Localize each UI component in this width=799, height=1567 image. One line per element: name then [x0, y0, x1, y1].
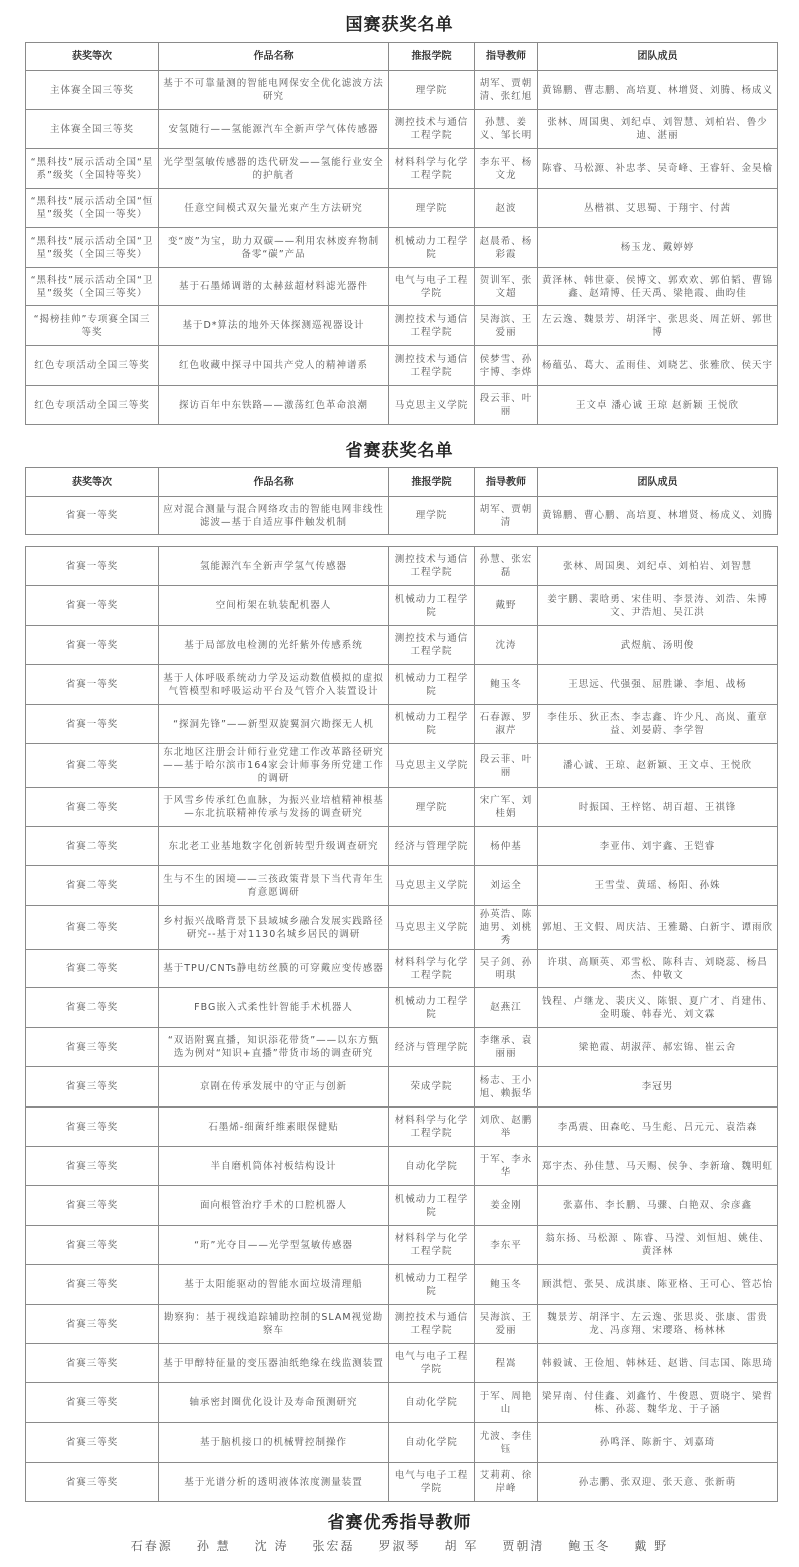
project-name-cell: 勘察狗：基于视线追踪辅助控制的SLAM视觉勘察车 [159, 1305, 389, 1344]
table-row: 省赛二等奖基于TPU/CNTs静电纺丝膜的可穿戴应变传感器材料科学与化学工程学院… [26, 950, 778, 988]
table-row: 省赛一等奖“探洞先锋”——新型双旋翼洞穴勘探无人机机械动力工程学院石春源、罗淑芹… [26, 705, 778, 744]
table-row: 省赛三等奖面向根管治疗手术的口腔机器人机械动力工程学院姜金刚张嘉伟、李长鹏、马骤… [26, 1186, 778, 1226]
excellent-teachers-list: 石春源孙 慧沈 涛张宏磊罗淑琴胡 军贾朝清鲍玉冬戴 野 [0, 1537, 799, 1554]
project-name-cell: 京剧在传承发展中的守正与创新 [159, 1067, 389, 1107]
college-cell: 经济与管理学院 [389, 827, 475, 866]
project-name-cell: 基于人体呼吸系统动力学及运动数值模拟的虚拟气管模型和呼吸运动平台及气管介入装置设… [159, 665, 389, 705]
college-cell: 测控技术与通信工程学院 [389, 306, 475, 346]
college-cell: 荣成学院 [389, 1067, 475, 1107]
team-members-cell: 韩毅诚、王俭旭、韩林廷、赵谐、闫志国、陈思琦 [538, 1344, 778, 1383]
column-header: 获奖等次 [26, 43, 159, 71]
team-members-cell: 李亚伟、刘宇鑫、王铠睿 [538, 827, 778, 866]
column-header: 作品名称 [159, 43, 389, 71]
advisor-cell: 段云菲、叶丽 [475, 744, 538, 788]
column-header: 指导教师 [475, 468, 538, 497]
team-members-cell: 姜宇鹏、裴晗勇、宋佳明、李景涛、刘浩、朱博文、尹浩旭、吴江洪 [538, 586, 778, 626]
table-row: “黑科技”展示活动全国“卫星”级奖（全国三等奖）变“废”为宝，助力双碳——利用农… [26, 228, 778, 268]
team-members-cell: 张林、周国奥、刘纪卓、刘柏岩、刘智慧 [538, 547, 778, 586]
column-header: 团队成员 [538, 43, 778, 71]
team-members-cell: 陈睿、马松源、补忠孝、吴奇峰、王睿轩、金昊榆 [538, 149, 778, 189]
college-cell: 测控技术与通信工程学院 [389, 110, 475, 149]
team-members-cell: 翁东扬、马松源 、陈睿、马滢、刘恒旭、姚佳、黄泽林 [538, 1226, 778, 1265]
project-name-cell: 面向根管治疗手术的口腔机器人 [159, 1186, 389, 1226]
teacher-name: 石春源 [131, 1537, 173, 1554]
project-name-cell: 变“废”为宝，助力双碳——利用农林废弃物制备零“碳”产品 [159, 228, 389, 268]
teacher-name: 戴 野 [634, 1537, 668, 1554]
team-members-cell: 魏景芳、胡泽宇、左云逸、张思炎、张康、雷贵龙、冯彦翔、宋璎珞、杨林林 [538, 1305, 778, 1344]
award-level-cell: 红色专项活动全国三等奖 [26, 346, 159, 386]
college-cell: 机械动力工程学院 [389, 586, 475, 626]
table-row: “黑科技”展示活动全国“恒星”级奖（全国一等奖）任意空间模式双矢量光束产生方法研… [26, 189, 778, 228]
award-level-cell: 省赛二等奖 [26, 827, 159, 866]
award-level-cell: 主体赛全国三等奖 [26, 71, 159, 110]
table-row: 省赛三等奖京剧在传承发展中的守正与创新荣成学院杨志、王小旭、赖振华李冠男 [26, 1067, 778, 1107]
advisor-cell: 李东平 [475, 1226, 538, 1265]
table-row: 省赛二等奖于风雪乡传承红色血脉，为振兴业培植精神根基—东北抗联精神传承与发扬的调… [26, 788, 778, 827]
project-name-cell: 基于不可靠量测的智能电网保安全优化滤波方法研究 [159, 71, 389, 110]
advisor-cell: 鲍玉冬 [475, 665, 538, 705]
team-members-cell: 杨蕴弘、葛大、孟雨佳、刘晓艺、张雅欣、侯天宇 [538, 346, 778, 386]
team-members-cell: 顾淇恺、张昊、成淇康、陈亚格、王可心、管芯怡 [538, 1265, 778, 1305]
team-members-cell: 梁昇南、付佳鑫、刘鑫竹、牛俊恩、贾晓宇、梁哲栋、孙蕊、魏华龙、于子涵 [538, 1383, 778, 1423]
advisor-cell: 姜金刚 [475, 1186, 538, 1226]
college-cell: 机械动力工程学院 [389, 228, 475, 268]
advisor-cell: 刘欣、赵鹏举 [475, 1108, 538, 1147]
advisor-cell: 赵波 [475, 189, 538, 228]
table-row: 省赛三等奖基于甲醇特征量的变压器油纸绝缘在线监测装置电气与电子工程学院程嵩韩毅诚… [26, 1344, 778, 1383]
team-members-cell: 黄锦鹏、曹心鹏、高培夏、林增贤、杨成义、刘腾 [538, 497, 778, 535]
project-name-cell: 基于D*算法的地外天体探测巡视器设计 [159, 306, 389, 346]
table-row: 省赛三等奖基于太阳能驱动的智能水面垃圾清理船机械动力工程学院鲍玉冬顾淇恺、张昊、… [26, 1265, 778, 1305]
college-cell: 理学院 [389, 497, 475, 535]
college-cell: 材料科学与化学工程学院 [389, 1226, 475, 1265]
team-members-cell: 黄锦鹏、曹志鹏、高培夏、林增贤、刘腾、杨成义 [538, 71, 778, 110]
project-name-cell: “探洞先锋”——新型双旋翼洞穴勘探无人机 [159, 705, 389, 744]
advisor-cell: 艾莉莉、徐岸峰 [475, 1463, 538, 1502]
advisor-cell: 侯梦雪、孙宇博、李烨 [475, 346, 538, 386]
advisor-cell: 段云菲、叶丽 [475, 386, 538, 425]
award-level-cell: 省赛三等奖 [26, 1383, 159, 1423]
college-cell: 电气与电子工程学院 [389, 268, 475, 306]
advisor-cell: 赵晨希、杨彩霞 [475, 228, 538, 268]
advisor-cell: 尤波、李佳钰 [475, 1423, 538, 1463]
college-cell: 自动化学院 [389, 1423, 475, 1463]
award-level-cell: 省赛三等奖 [26, 1186, 159, 1226]
table-header-row: 获奖等次作品名称推报学院指导教师团队成员 [26, 43, 778, 71]
column-header: 指导教师 [475, 43, 538, 71]
teacher-name: 孙 慧 [197, 1537, 231, 1554]
advisor-cell: 胡军、贾朝清、张红旭 [475, 71, 538, 110]
table-row: 省赛二等奖乡村振兴战略背景下县域城乡融合发展实践路径研究--基于对1130名城乡… [26, 906, 778, 950]
advisor-cell: 吴子剑、孙明琪 [475, 950, 538, 988]
project-name-cell: 基于石墨烯调谐的太赫兹超材料滤光器件 [159, 268, 389, 306]
team-members-cell: 张林、周国奥、刘纪卓、刘智慧、刘柏岩、鲁少迪、湛丽 [538, 110, 778, 149]
table-row: 省赛三等奖轴承密封圈优化设计及寿命预测研究自动化学院于军、周艳山梁昇南、付佳鑫、… [26, 1383, 778, 1423]
award-level-cell: 省赛三等奖 [26, 1305, 159, 1344]
college-cell: 机械动力工程学院 [389, 705, 475, 744]
project-name-cell: 基于太阳能驱动的智能水面垃圾清理船 [159, 1265, 389, 1305]
advisor-cell: 杨仲基 [475, 827, 538, 866]
college-cell: 机械动力工程学院 [389, 988, 475, 1028]
project-name-cell: 基于局部放电检测的光纤紫外传感系统 [159, 626, 389, 665]
table-row: 省赛三等奖基于脑机接口的机械臂控制操作自动化学院尤波、李佳钰孙鸣泽、陈新宇、刘嘉… [26, 1423, 778, 1463]
project-name-cell: “珩”光夺目——光学型氢敏传感器 [159, 1226, 389, 1265]
team-members-cell: 郑宇杰、孙佳慧、马天赐、侯争、李新瑜、魏明虹 [538, 1147, 778, 1186]
provincial-awards-table-1: 获奖等次作品名称推报学院指导教师团队成员省赛一等奖应对混合测量与混合网络攻击的智… [25, 467, 778, 535]
teacher-name: 罗淑琴 [378, 1537, 420, 1554]
teacher-name: 沈 涛 [255, 1537, 289, 1554]
project-name-cell: 基于甲醇特征量的变压器油纸绝缘在线监测装置 [159, 1344, 389, 1383]
award-level-cell: 省赛一等奖 [26, 626, 159, 665]
award-level-cell: 省赛二等奖 [26, 866, 159, 906]
table-row: 省赛二等奖FBG嵌入式柔性针智能手术机器人机械动力工程学院赵燕江钱程、卢继龙、裴… [26, 988, 778, 1028]
table-row: “黑科技”展示活动全国“卫星”级奖（全国三等奖）基于石墨烯调谐的太赫兹超材料滤光… [26, 268, 778, 306]
award-level-cell: 省赛一等奖 [26, 547, 159, 586]
award-level-cell: 省赛三等奖 [26, 1226, 159, 1265]
table-row: 红色专项活动全国三等奖红色收藏中探寻中国共产党人的精神谱系测控技术与通信工程学院… [26, 346, 778, 386]
advisor-cell: 于军、李永华 [475, 1147, 538, 1186]
team-members-cell: 潘心诚、王琼、赵新颖、王文卓、王悦欣 [538, 744, 778, 788]
college-cell: 机械动力工程学院 [389, 1186, 475, 1226]
award-level-cell: 红色专项活动全国三等奖 [26, 386, 159, 425]
table-row: 省赛一等奖基于人体呼吸系统动力学及运动数值模拟的虚拟气管模型和呼吸运动平台及气管… [26, 665, 778, 705]
award-level-cell: 省赛二等奖 [26, 988, 159, 1028]
college-cell: 材料科学与化学工程学院 [389, 149, 475, 189]
advisor-cell: 李继承、袁丽丽 [475, 1028, 538, 1067]
team-members-cell: 孙鸣泽、陈新宇、刘嘉琦 [538, 1423, 778, 1463]
provincial-awards-table-3: 省赛三等奖石墨烯-细菌纤维素眼保健贴材料科学与化学工程学院刘欣、赵鹏举李禹震、田… [25, 1107, 778, 1502]
provincial-awards-table-2: 省赛一等奖氢能源汽车全新声学氢气传感器测控技术与通信工程学院孙慧、张宏磊张林、周… [25, 546, 778, 1107]
national-awards-table: 获奖等次作品名称推报学院指导教师团队成员主体赛全国三等奖基于不可靠量测的智能电网… [25, 42, 778, 425]
project-name-cell: 氢能源汽车全新声学氢气传感器 [159, 547, 389, 586]
table-row: 省赛三等奖基于光谱分析的透明液体浓度测量装置电气与电子工程学院艾莉莉、徐岸峰孙志… [26, 1463, 778, 1502]
advisor-cell: 吴海滨、王爱丽 [475, 306, 538, 346]
table-row: 红色专项活动全国三等奖探访百年中东铁路——激荡红色革命浪潮马克思主义学院段云菲、… [26, 386, 778, 425]
award-level-cell: “黑科技”展示活动全国“卫星”级奖（全国三等奖） [26, 228, 159, 268]
teacher-name: 张宏磊 [312, 1537, 354, 1554]
table-row: 省赛二等奖生与不生的困境——三孩政策背景下当代青年生育意愿调研马克思主义学院刘运… [26, 866, 778, 906]
project-name-cell: 生与不生的困境——三孩政策背景下当代青年生育意愿调研 [159, 866, 389, 906]
column-header: 推报学院 [389, 468, 475, 497]
table-row: 主体赛全国三等奖基于不可靠量测的智能电网保安全优化滤波方法研究理学院胡军、贾朝清… [26, 71, 778, 110]
team-members-cell: 王思远、代强强、屈胜谦、李旭、战杨 [538, 665, 778, 705]
column-header: 作品名称 [159, 468, 389, 497]
college-cell: 材料科学与化学工程学院 [389, 1108, 475, 1147]
column-header: 推报学院 [389, 43, 475, 71]
team-members-cell: 黄泽林、韩世豪、侯博文、郭欢欢、郭伯韬、曹锦鑫、赵靖博、任天禹、梁艳霞、曲昀佳 [538, 268, 778, 306]
team-members-cell: 武煜航、汤明俊 [538, 626, 778, 665]
college-cell: 理学院 [389, 788, 475, 827]
project-name-cell: 基于脑机接口的机械臂控制操作 [159, 1423, 389, 1463]
column-header: 团队成员 [538, 468, 778, 497]
advisor-cell: 吴海滨、王爱丽 [475, 1305, 538, 1344]
team-members-cell: 杨玉龙、戴婷婷 [538, 228, 778, 268]
award-level-cell: 省赛二等奖 [26, 788, 159, 827]
award-level-cell: “揭榜挂帅”专项赛全国三等奖 [26, 306, 159, 346]
college-cell: 马克思主义学院 [389, 386, 475, 425]
table-row: 省赛一等奖基于局部放电检测的光纤紫外传感系统测控技术与通信工程学院沈涛武煜航、汤… [26, 626, 778, 665]
table-row: 省赛三等奖石墨烯-细菌纤维素眼保健贴材料科学与化学工程学院刘欣、赵鹏举李禹震、田… [26, 1108, 778, 1147]
teacher-name: 胡 军 [445, 1537, 479, 1554]
advisor-cell: 刘运全 [475, 866, 538, 906]
team-members-cell: 丛楷祺、艾思蜀、于翔宇、付茜 [538, 189, 778, 228]
award-level-cell: 省赛一等奖 [26, 705, 159, 744]
advisor-cell: 胡军、贾朝清 [475, 497, 538, 535]
project-name-cell: 红色收藏中探寻中国共产党人的精神谱系 [159, 346, 389, 386]
excellent-teachers-title: 省赛优秀指导教师 [0, 1508, 799, 1533]
project-name-cell: 基于光谱分析的透明液体浓度测量装置 [159, 1463, 389, 1502]
college-cell: 马克思主义学院 [389, 866, 475, 906]
project-name-cell: 基于TPU/CNTs静电纺丝膜的可穿戴应变传感器 [159, 950, 389, 988]
provincial-awards-title: 省赛获奖名单 [0, 436, 799, 461]
college-cell: 电气与电子工程学院 [389, 1463, 475, 1502]
national-awards-title: 国赛获奖名单 [0, 10, 799, 35]
award-level-cell: 省赛三等奖 [26, 1423, 159, 1463]
college-cell: 自动化学院 [389, 1383, 475, 1423]
team-members-cell: 梁艳霞、胡淑萍、郝宏锦、崔云舍 [538, 1028, 778, 1067]
team-members-cell: 张嘉伟、李长鹏、马骤、白艳双、余彦鑫 [538, 1186, 778, 1226]
award-level-cell: 省赛一等奖 [26, 586, 159, 626]
teacher-name: 贾朝清 [502, 1537, 544, 1554]
award-level-cell: “黑科技”展示活动全国“恒星”级奖（全国一等奖） [26, 189, 159, 228]
college-cell: 马克思主义学院 [389, 744, 475, 788]
advisor-cell: 戴野 [475, 586, 538, 626]
project-name-cell: 于风雪乡传承红色血脉，为振兴业培植精神根基—东北抗联精神传承与发扬的调查研究 [159, 788, 389, 827]
column-header: 获奖等次 [26, 468, 159, 497]
award-level-cell: 省赛二等奖 [26, 744, 159, 788]
project-name-cell: 应对混合测量与混合网络攻击的智能电网非线性滤波—基于自适应事件触发机制 [159, 497, 389, 535]
team-members-cell: 李冠男 [538, 1067, 778, 1107]
team-members-cell: 时振国、王梓铭、胡百超、王祺锋 [538, 788, 778, 827]
team-members-cell: 钱程、卢继龙、裴庆义、陈银、夏广才、肖建伟、金明璇、韩春光、刘文霖 [538, 988, 778, 1028]
table-row: 省赛三等奖“双语附翼直播，知识添花带货”——以东方甄选为例对“知识+直播”带货市… [26, 1028, 778, 1067]
college-cell: 理学院 [389, 189, 475, 228]
project-name-cell: 探访百年中东铁路——激荡红色革命浪潮 [159, 386, 389, 425]
award-level-cell: 省赛三等奖 [26, 1028, 159, 1067]
college-cell: 测控技术与通信工程学院 [389, 1305, 475, 1344]
award-level-cell: 省赛一等奖 [26, 497, 159, 535]
advisor-cell: 石春源、罗淑芹 [475, 705, 538, 744]
college-cell: 自动化学院 [389, 1147, 475, 1186]
advisor-cell: 孙慧、张宏磊 [475, 547, 538, 586]
award-level-cell: 省赛三等奖 [26, 1067, 159, 1107]
team-members-cell: 李佳乐、狄正杰、李志鑫、许少凡、高岚、董章益、刘晏蔚、李学智 [538, 705, 778, 744]
project-name-cell: 乡村振兴战略背景下县域城乡融合发展实践路径研究--基于对1130名城乡居民的调研 [159, 906, 389, 950]
award-level-cell: 省赛三等奖 [26, 1147, 159, 1186]
table-row: 省赛一等奖应对混合测量与混合网络攻击的智能电网非线性滤波—基于自适应事件触发机制… [26, 497, 778, 535]
team-members-cell: 许琪、高顺英、邓雪松、陈科吉、刘晓蕊、杨昌杰、仲敬文 [538, 950, 778, 988]
team-members-cell: 王文卓 潘心诚 王琼 赵新颖 王悦欣 [538, 386, 778, 425]
advisor-cell: 宋广军、刘桂娟 [475, 788, 538, 827]
table-row: “黑科技”展示活动全国“星系”级奖（全国特等奖）光学型氢敏传感器的迭代研发——氢… [26, 149, 778, 189]
advisor-cell: 贺训军、张文超 [475, 268, 538, 306]
advisor-cell: 李东平、杨文龙 [475, 149, 538, 189]
project-name-cell: 光学型氢敏传感器的迭代研发——氢能行业安全的护航者 [159, 149, 389, 189]
college-cell: 测控技术与通信工程学院 [389, 626, 475, 665]
award-level-cell: 省赛三等奖 [26, 1463, 159, 1502]
project-name-cell: 安氢随行——氢能源汽车全新声学气体传感器 [159, 110, 389, 149]
table-row: 省赛三等奖勘察狗：基于视线追踪辅助控制的SLAM视觉勘察车测控技术与通信工程学院… [26, 1305, 778, 1344]
table-header-row: 获奖等次作品名称推报学院指导教师团队成员 [26, 468, 778, 497]
college-cell: 机械动力工程学院 [389, 1265, 475, 1305]
project-name-cell: 东北老工业基地数字化创新转型升级调查研究 [159, 827, 389, 866]
college-cell: 经济与管理学院 [389, 1028, 475, 1067]
advisor-cell: 杨志、王小旭、赖振华 [475, 1067, 538, 1107]
award-level-cell: 省赛三等奖 [26, 1108, 159, 1147]
college-cell: 机械动力工程学院 [389, 665, 475, 705]
advisor-cell: 孙英浩、陈迪男、刘桃秀 [475, 906, 538, 950]
project-name-cell: 任意空间模式双矢量光束产生方法研究 [159, 189, 389, 228]
award-level-cell: 省赛三等奖 [26, 1344, 159, 1383]
advisor-cell: 赵燕江 [475, 988, 538, 1028]
table-row: 省赛一等奖氢能源汽车全新声学氢气传感器测控技术与通信工程学院孙慧、张宏磊张林、周… [26, 547, 778, 586]
advisor-cell: 鲍玉冬 [475, 1265, 538, 1305]
project-name-cell: FBG嵌入式柔性针智能手术机器人 [159, 988, 389, 1028]
award-level-cell: 主体赛全国三等奖 [26, 110, 159, 149]
award-level-cell: 省赛三等奖 [26, 1265, 159, 1305]
project-name-cell: 石墨烯-细菌纤维素眼保健贴 [159, 1108, 389, 1147]
college-cell: 测控技术与通信工程学院 [389, 547, 475, 586]
table-row: 省赛一等奖空间桁架在轨装配机器人机械动力工程学院戴野姜宇鹏、裴晗勇、宋佳明、李景… [26, 586, 778, 626]
team-members-cell: 左云逸、魏景芳、胡泽宇、张思炎、周芷妍、郭世博 [538, 306, 778, 346]
project-name-cell: 半自磨机筒体衬板结构设计 [159, 1147, 389, 1186]
advisor-cell: 程嵩 [475, 1344, 538, 1383]
project-name-cell: 轴承密封圈优化设计及寿命预测研究 [159, 1383, 389, 1423]
college-cell: 理学院 [389, 71, 475, 110]
college-cell: 电气与电子工程学院 [389, 1344, 475, 1383]
college-cell: 材料科学与化学工程学院 [389, 950, 475, 988]
table-row: 省赛二等奖东北地区注册会计师行业党建工作改革路径研究——基于哈尔滨市164家会计… [26, 744, 778, 788]
team-members-cell: 王雪莹、黄瑶、杨阳、孙姝 [538, 866, 778, 906]
award-level-cell: 省赛二等奖 [26, 950, 159, 988]
project-name-cell: 空间桁架在轨装配机器人 [159, 586, 389, 626]
table-row: “揭榜挂帅”专项赛全国三等奖基于D*算法的地外天体探测巡视器设计测控技术与通信工… [26, 306, 778, 346]
project-name-cell: 东北地区注册会计师行业党建工作改革路径研究——基于哈尔滨市164家会计师事务所党… [159, 744, 389, 788]
table-row: 省赛三等奖半自磨机筒体衬板结构设计自动化学院于军、李永华郑宇杰、孙佳慧、马天赐、… [26, 1147, 778, 1186]
advisor-cell: 孙慧、姜义、邹长明 [475, 110, 538, 149]
team-members-cell: 郭旭、王文假、周庆洁、王雅璐、白新宇、谭雨欣 [538, 906, 778, 950]
college-cell: 测控技术与通信工程学院 [389, 346, 475, 386]
advisor-cell: 沈涛 [475, 626, 538, 665]
award-level-cell: 省赛二等奖 [26, 906, 159, 950]
award-level-cell: 省赛一等奖 [26, 665, 159, 705]
table-row: 主体赛全国三等奖安氢随行——氢能源汽车全新声学气体传感器测控技术与通信工程学院孙… [26, 110, 778, 149]
advisor-cell: 于军、周艳山 [475, 1383, 538, 1423]
table-row: 省赛三等奖“珩”光夺目——光学型氢敏传感器材料科学与化学工程学院李东平翁东扬、马… [26, 1226, 778, 1265]
award-level-cell: “黑科技”展示活动全国“卫星”级奖（全国三等奖） [26, 268, 159, 306]
teacher-name: 鲍玉冬 [568, 1537, 610, 1554]
award-level-cell: “黑科技”展示活动全国“星系”级奖（全国特等奖） [26, 149, 159, 189]
team-members-cell: 孙志鹏、张双迎、张天意、张新萌 [538, 1463, 778, 1502]
college-cell: 马克思主义学院 [389, 906, 475, 950]
team-members-cell: 李禹震、田森屹、马生彪、吕元元、袁浩森 [538, 1108, 778, 1147]
project-name-cell: “双语附翼直播，知识添花带货”——以东方甄选为例对“知识+直播”带货市场的调查研… [159, 1028, 389, 1067]
table-row: 省赛二等奖东北老工业基地数字化创新转型升级调查研究经济与管理学院杨仲基李亚伟、刘… [26, 827, 778, 866]
